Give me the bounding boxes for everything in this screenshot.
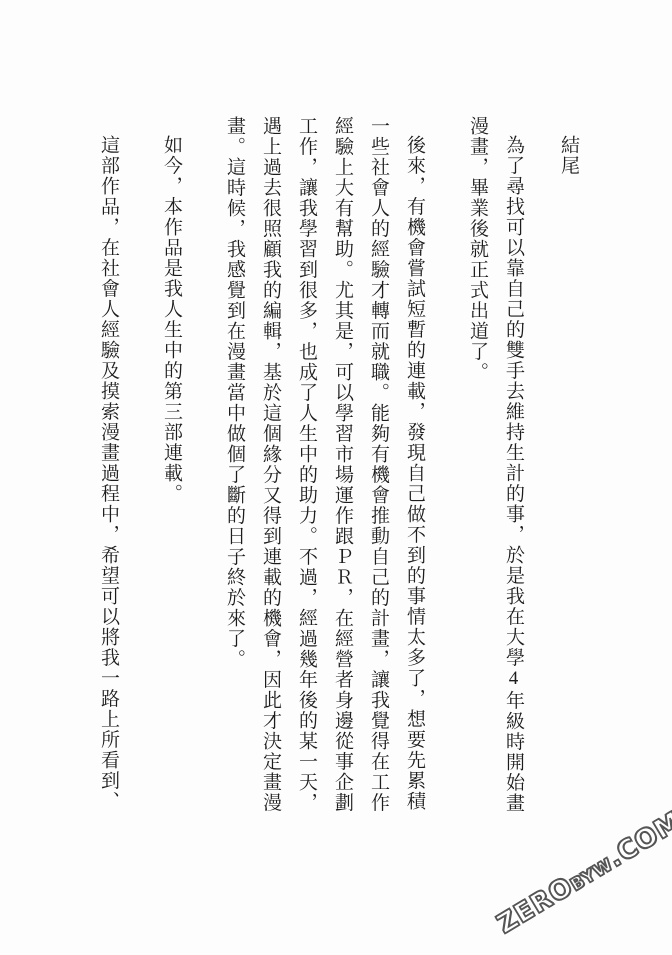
section-heading: 結尾: [550, 116, 586, 856]
watermark-text-prefix: ZERO: [492, 872, 578, 940]
text-column: 如今，本作品是我人生中的第三部連載。: [153, 116, 189, 856]
text-column: 為了尋找可以靠自己的雙手去維持生計的事，於是我在大學4年級時開始畫: [495, 116, 531, 856]
text-column: 一些社會人的經驗才轉而就職。能夠有機會推動自己的計畫，讓我覺得在工作: [360, 116, 396, 856]
text-column: 後來，有機會嘗試短暫的連載，發現自己做不到的事情太多了，想要先累積: [396, 116, 432, 856]
watermark-text-suffix: .COM: [603, 806, 672, 873]
text-column: 遇上過去很照顧我的編輯，基於這個緣分又得到連載的機會，因此才決定畫漫: [252, 116, 288, 856]
text-column: 這部作品，在社會人經驗及摸索漫畫過程中，希望可以將我一路上所看到、: [90, 116, 126, 856]
text-column: 畫。這時候，我感覺到在漫畫當中做個了斷的日子終於來了。: [216, 116, 252, 856]
text-column: 經驗上大有幫助。尤其是，可以學習市場運作跟ＰＲ，在經營者身邊從事企劃: [324, 116, 360, 856]
text-column: 漫畫，畢業後就正式出道了。: [459, 116, 495, 856]
afterword-text-block: 結尾 為了尋找可以靠自己的雙手去維持生計的事，於是我在大學4年級時開始畫 漫畫，…: [90, 116, 586, 856]
text-column: 工作，讓我學習到很多，也成了人生中的助力。不過，經過幾年後的某一天，: [288, 116, 324, 856]
